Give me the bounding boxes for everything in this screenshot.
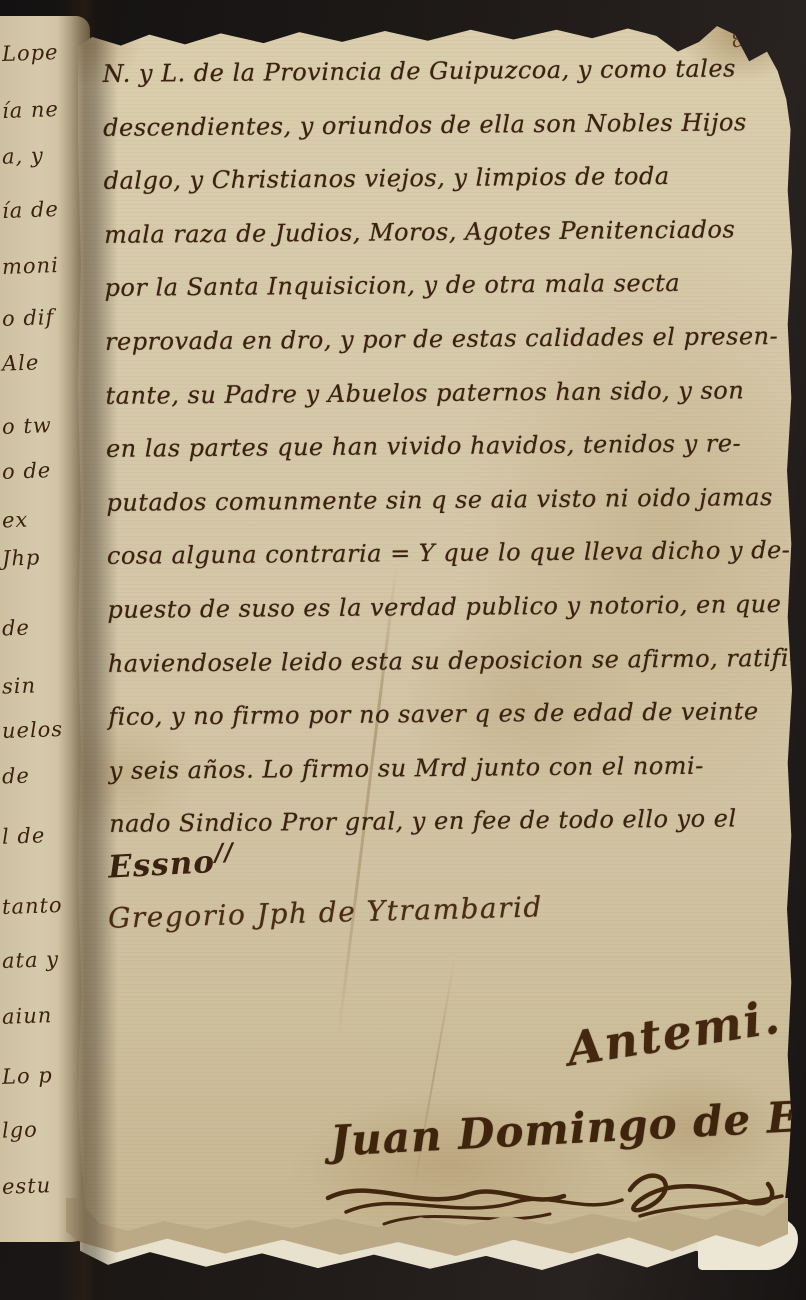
left-page-text-fragment: l de: [2, 823, 46, 848]
left-page-text-fragment: sin: [2, 673, 37, 698]
left-page-text-fragment: tanto: [2, 893, 63, 919]
left-page-text-fragment: Lope: [2, 40, 59, 66]
left-page-text-fragment: de: [2, 616, 31, 641]
manuscript-line: putados comunmente sin q se aia visto ni…: [106, 471, 770, 530]
left-page-text-fragment: ata y: [2, 947, 60, 973]
notary-signature: Gregorio Jph de Ytrambarid: [108, 890, 544, 934]
left-page-text-fragment: Lo p: [2, 1063, 54, 1089]
rubric-mark: //: [214, 837, 235, 867]
left-page-text-fragment: a, y: [2, 143, 45, 168]
manuscript-line: en las partes que han vivido havidos, te…: [106, 417, 770, 476]
manuscript-line: y seis años. Lo firmo su Mrd junto con e…: [109, 739, 773, 798]
manuscript-line: reprovada en dro, y por de estas calidad…: [105, 310, 769, 369]
manuscript-text: N. y L. de la Provincia de Guipuzcoa, y …: [103, 42, 774, 852]
left-page-text-fragment: de: [2, 764, 31, 789]
manuscript-line: N. y L. de la Provincia de Guipuzcoa, y …: [103, 42, 767, 101]
left-page-text-fragment: uelos: [2, 717, 64, 743]
manuscript-line: haviendosele leido esta su deposicion se…: [108, 632, 772, 691]
ante-mi-attestation: Antemi.: [563, 989, 785, 1076]
left-page-text-fragment: aiun: [2, 1003, 53, 1029]
left-page-text-fragment: o de: [2, 458, 52, 484]
left-page-text-fragment: Ale: [2, 350, 40, 375]
manuscript-line: fico, y no firmo por no saver q es de ed…: [108, 685, 772, 744]
photo-background: Lopeía nea, yía demonio difAleo two deex…: [0, 0, 806, 1300]
manuscript-line: tante, su Padre y Abuelos paternos han s…: [105, 364, 769, 423]
left-page-text-fragment: Jhp: [2, 545, 41, 570]
escribano-abbreviation: Essno//: [107, 837, 235, 886]
left-page-text-fragment: o dif: [2, 305, 55, 331]
left-page-text-fragment: o tw: [2, 413, 53, 439]
left-page-text-fragment: lgo: [2, 1117, 39, 1142]
left-page-text-fragment: ex: [2, 508, 29, 533]
manuscript-line: dalgo, y Christianos viejos, y limpios d…: [103, 149, 767, 208]
manuscript-line: por la Santa Inquisicion, y de otra mala…: [104, 256, 768, 315]
previous-page-edge: Lopeía nea, yía demonio difAleo two deex…: [0, 16, 90, 1242]
left-page-text-fragment: ía de: [2, 197, 60, 223]
manuscript-line: descendientes, y oriundos de ella son No…: [103, 96, 767, 155]
left-page-text-fragment: estu: [2, 1173, 52, 1199]
left-page-text-fragment: moni: [2, 253, 60, 279]
left-page-text-fragment: ía ne: [2, 97, 60, 123]
manuscript-page: 88 N. y L. de la Provincia de Guipuzcoa,…: [78, 20, 792, 1238]
escribano-abbreviation-text: Essno: [107, 844, 215, 886]
manuscript-line: cosa alguna contraria = Y que lo que lle…: [107, 524, 771, 583]
manuscript-line: puesto de suso es la verdad publico y no…: [107, 578, 771, 637]
manuscript-line: mala raza de Judios, Moros, Agotes Penit…: [104, 203, 768, 262]
